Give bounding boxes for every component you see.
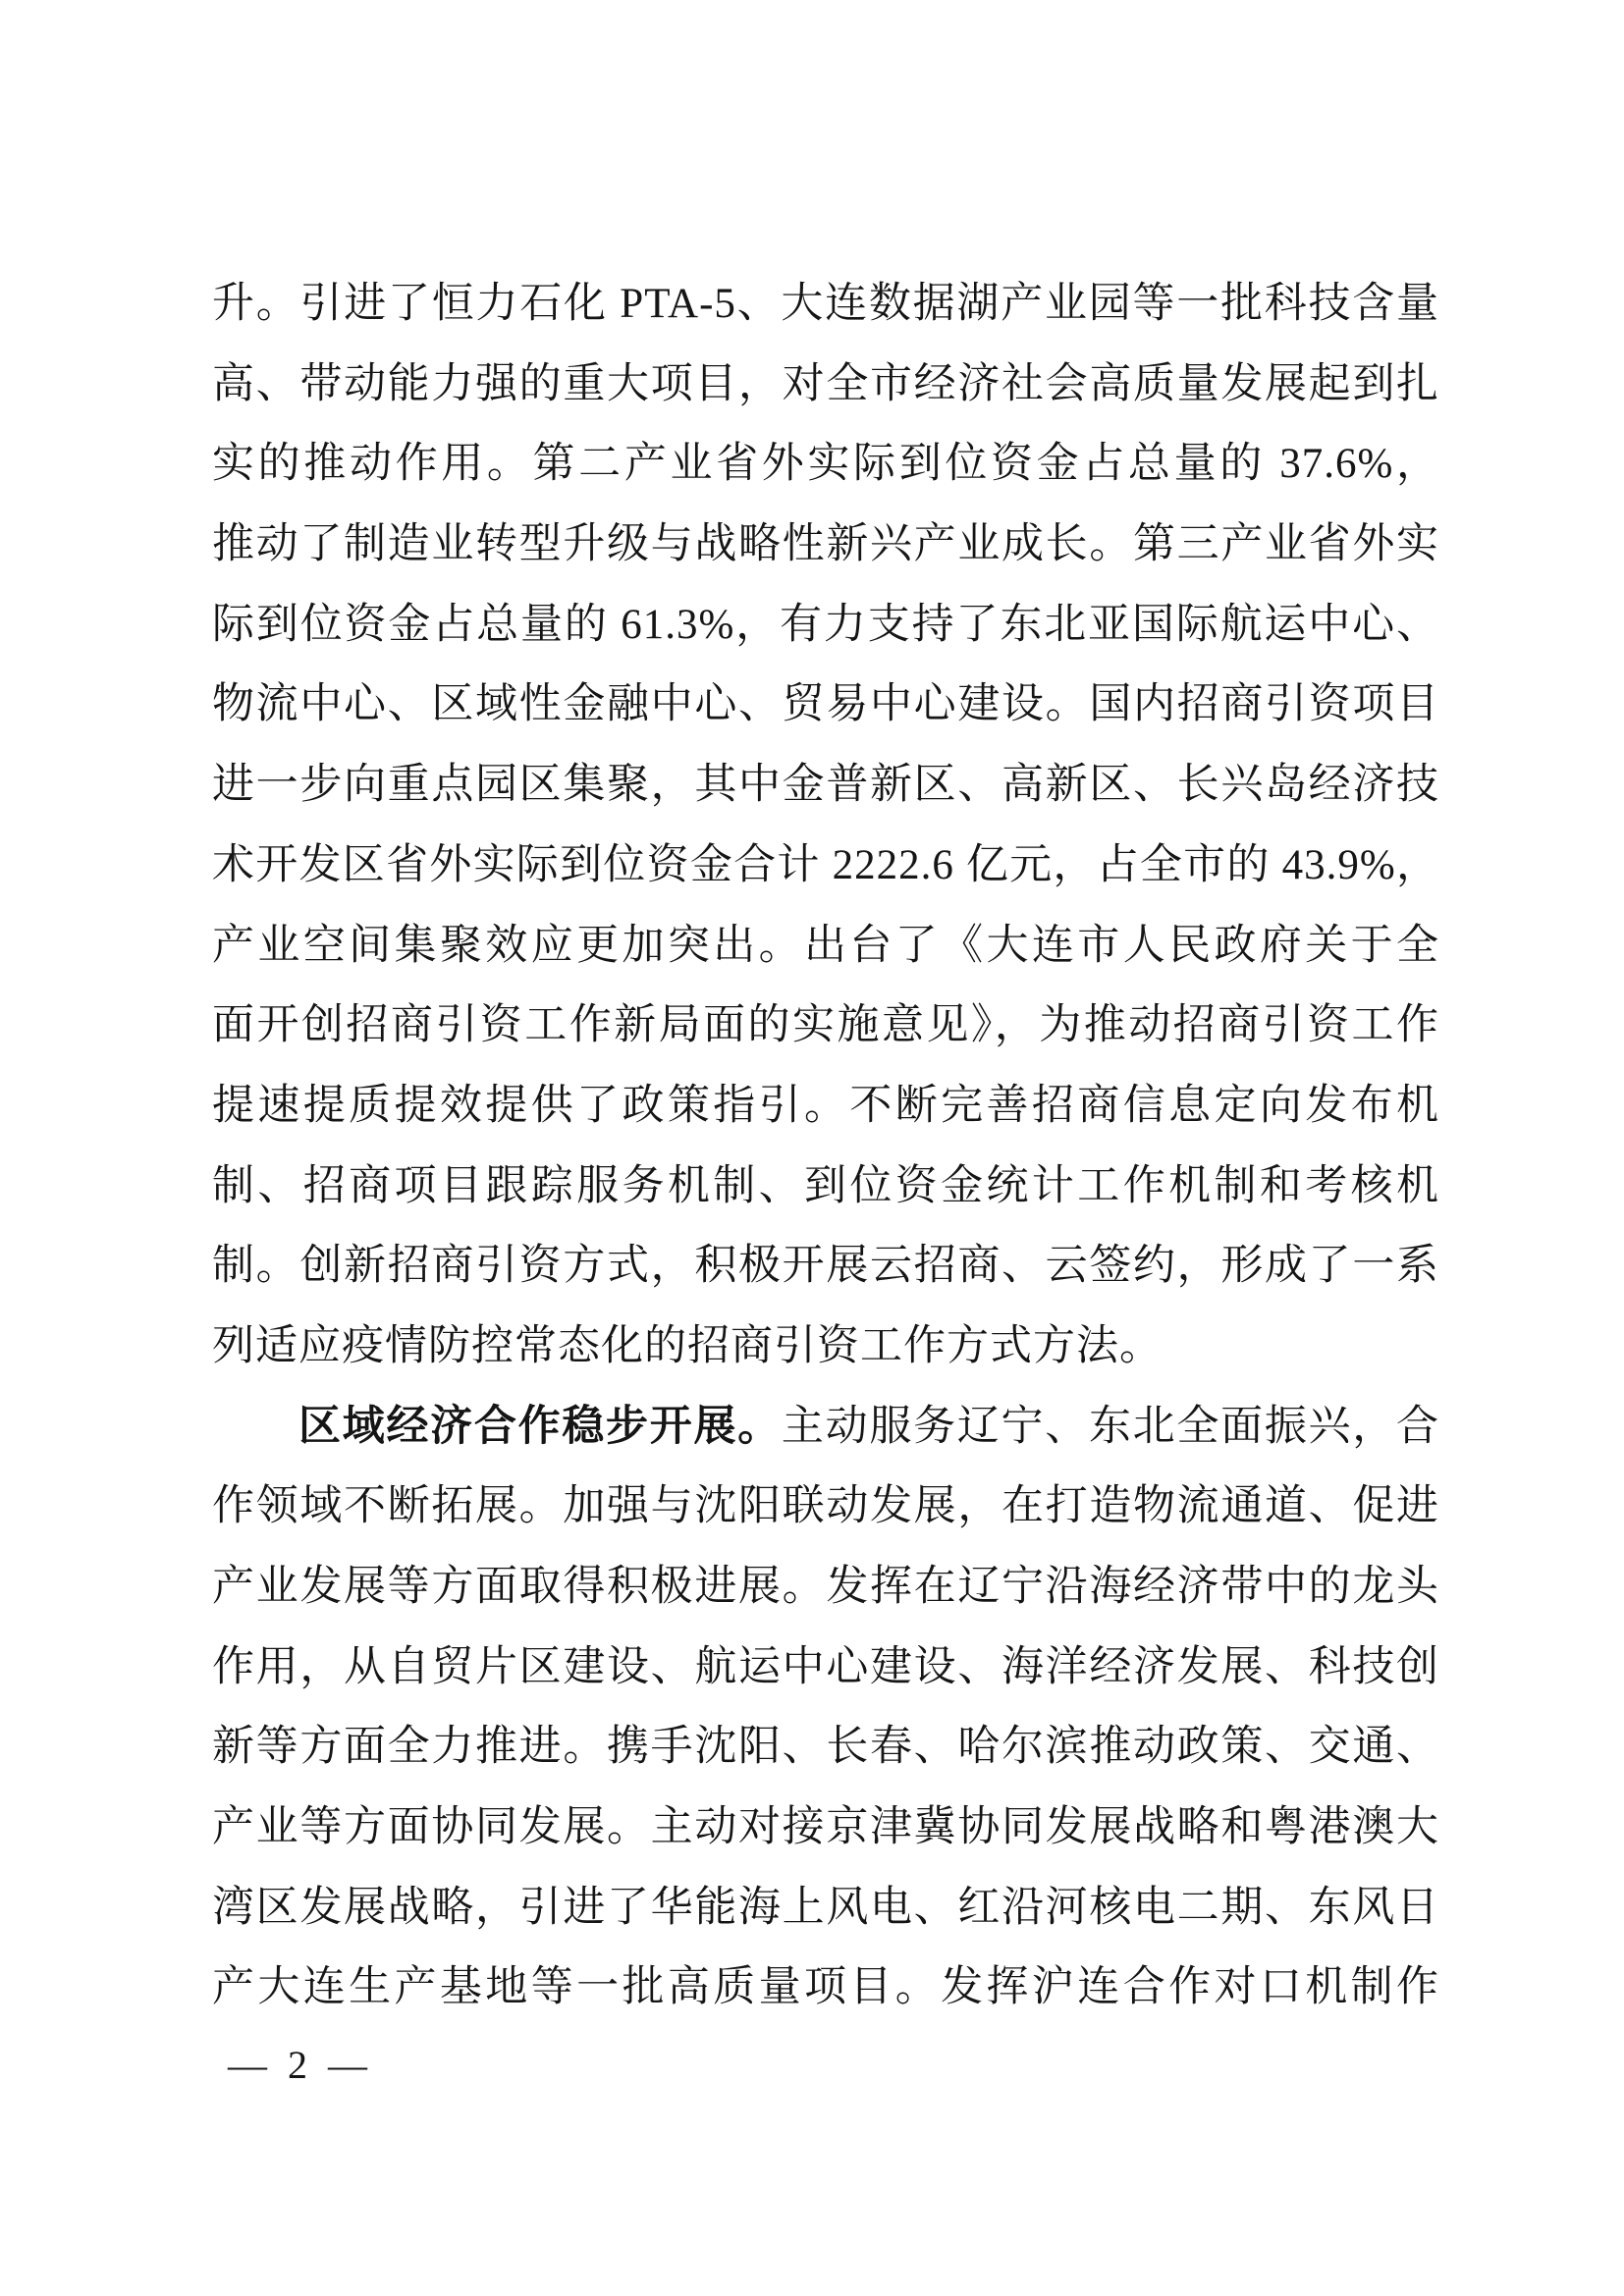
text-line: 提速提质提效提供了政策指引。不断完善招商信息定向发布机 [212, 1066, 1439, 1147]
paragraph-start-line: 区域经济合作稳步开展。主动服务辽宁、东北全面振兴，合 [212, 1387, 1439, 1468]
footer-dash: — [228, 2042, 267, 2088]
text-line: 高、带动能力强的重大项目，对全市经济社会高质量发展起到扎 [212, 345, 1439, 425]
text-line: 进一步向重点园区集聚，其中金普新区、高新区、长兴岛经济技 [212, 745, 1439, 826]
text-line: 产大连生产基地等一批高质量项目。发挥沪连合作对口机制作 [212, 1948, 1439, 2028]
paragraph-lead-rest: 主动服务辽宁、东北全面振兴，合 [782, 1404, 1439, 1450]
text-line: 实的推动作用。第二产业省外实际到位资金占总量的 37.6%， [212, 424, 1439, 505]
page-number: 2 [288, 2042, 307, 2088]
text-line: 产业发展等方面取得积极进展。发挥在辽宁沿海经济带中的龙头 [212, 1547, 1439, 1628]
document-page: 升。引进了恒力石化 PTA-5、大连数据湖产业园等一批科技含量 高、带动能力强的… [0, 0, 1624, 2296]
text-line: 术开发区省外实际到位资金合计 2222.6 亿元，占全市的 43.9%， [212, 826, 1439, 906]
text-line: 制。创新招商引资方式，积极开展云招商、云签约，形成了一系 [212, 1226, 1439, 1307]
text-line: 推动了制造业转型升级与战略性新兴产业成长。第三产业省外实 [212, 505, 1439, 585]
text-line: 湾区发展战略，引进了华能海上风电、红沿河核电二期、东风日 [212, 1868, 1439, 1949]
text-line: 产业等方面协同发展。主动对接京津冀协同发展战略和粤港澳大 [212, 1788, 1439, 1868]
text-line: 制、招商项目跟踪服务机制、到位资金统计工作机制和考核机 [212, 1147, 1439, 1227]
text-line: 作用，从自贸片区建设、航运中心建设、海洋经济发展、科技创 [212, 1628, 1439, 1708]
paragraph-lead-bold: 区域经济合作稳步开展。 [298, 1404, 782, 1450]
text-line: 升。引进了恒力石化 PTA-5、大连数据湖产业园等一批科技含量 [212, 264, 1439, 345]
text-line: 际到位资金占总量的 61.3%，有力支持了东北亚国际航运中心、 [212, 585, 1439, 666]
text-line: 面开创招商引资工作新局面的实施意见》，为推动招商引资工作 [212, 986, 1439, 1066]
page-footer: — 2 — [228, 2036, 367, 2093]
document-body: 升。引进了恒力石化 PTA-5、大连数据湖产业园等一批科技含量 高、带动能力强的… [212, 264, 1439, 2028]
footer-dash: — [328, 2042, 367, 2088]
paragraph-end-line: 列适应疫情防控常态化的招商引资工作方式方法。 [212, 1307, 1439, 1387]
text-line: 产业空间集聚效应更加突出。出台了《大连市人民政府关于全 [212, 906, 1439, 987]
text-line: 作领域不断拓展。加强与沈阳联动发展，在打造物流通道、促进 [212, 1467, 1439, 1547]
text-line: 新等方面全力推进。携手沈阳、长春、哈尔滨推动政策、交通、 [212, 1707, 1439, 1788]
text-line: 物流中心、区域性金融中心、贸易中心建设。国内招商引资项目 [212, 665, 1439, 745]
